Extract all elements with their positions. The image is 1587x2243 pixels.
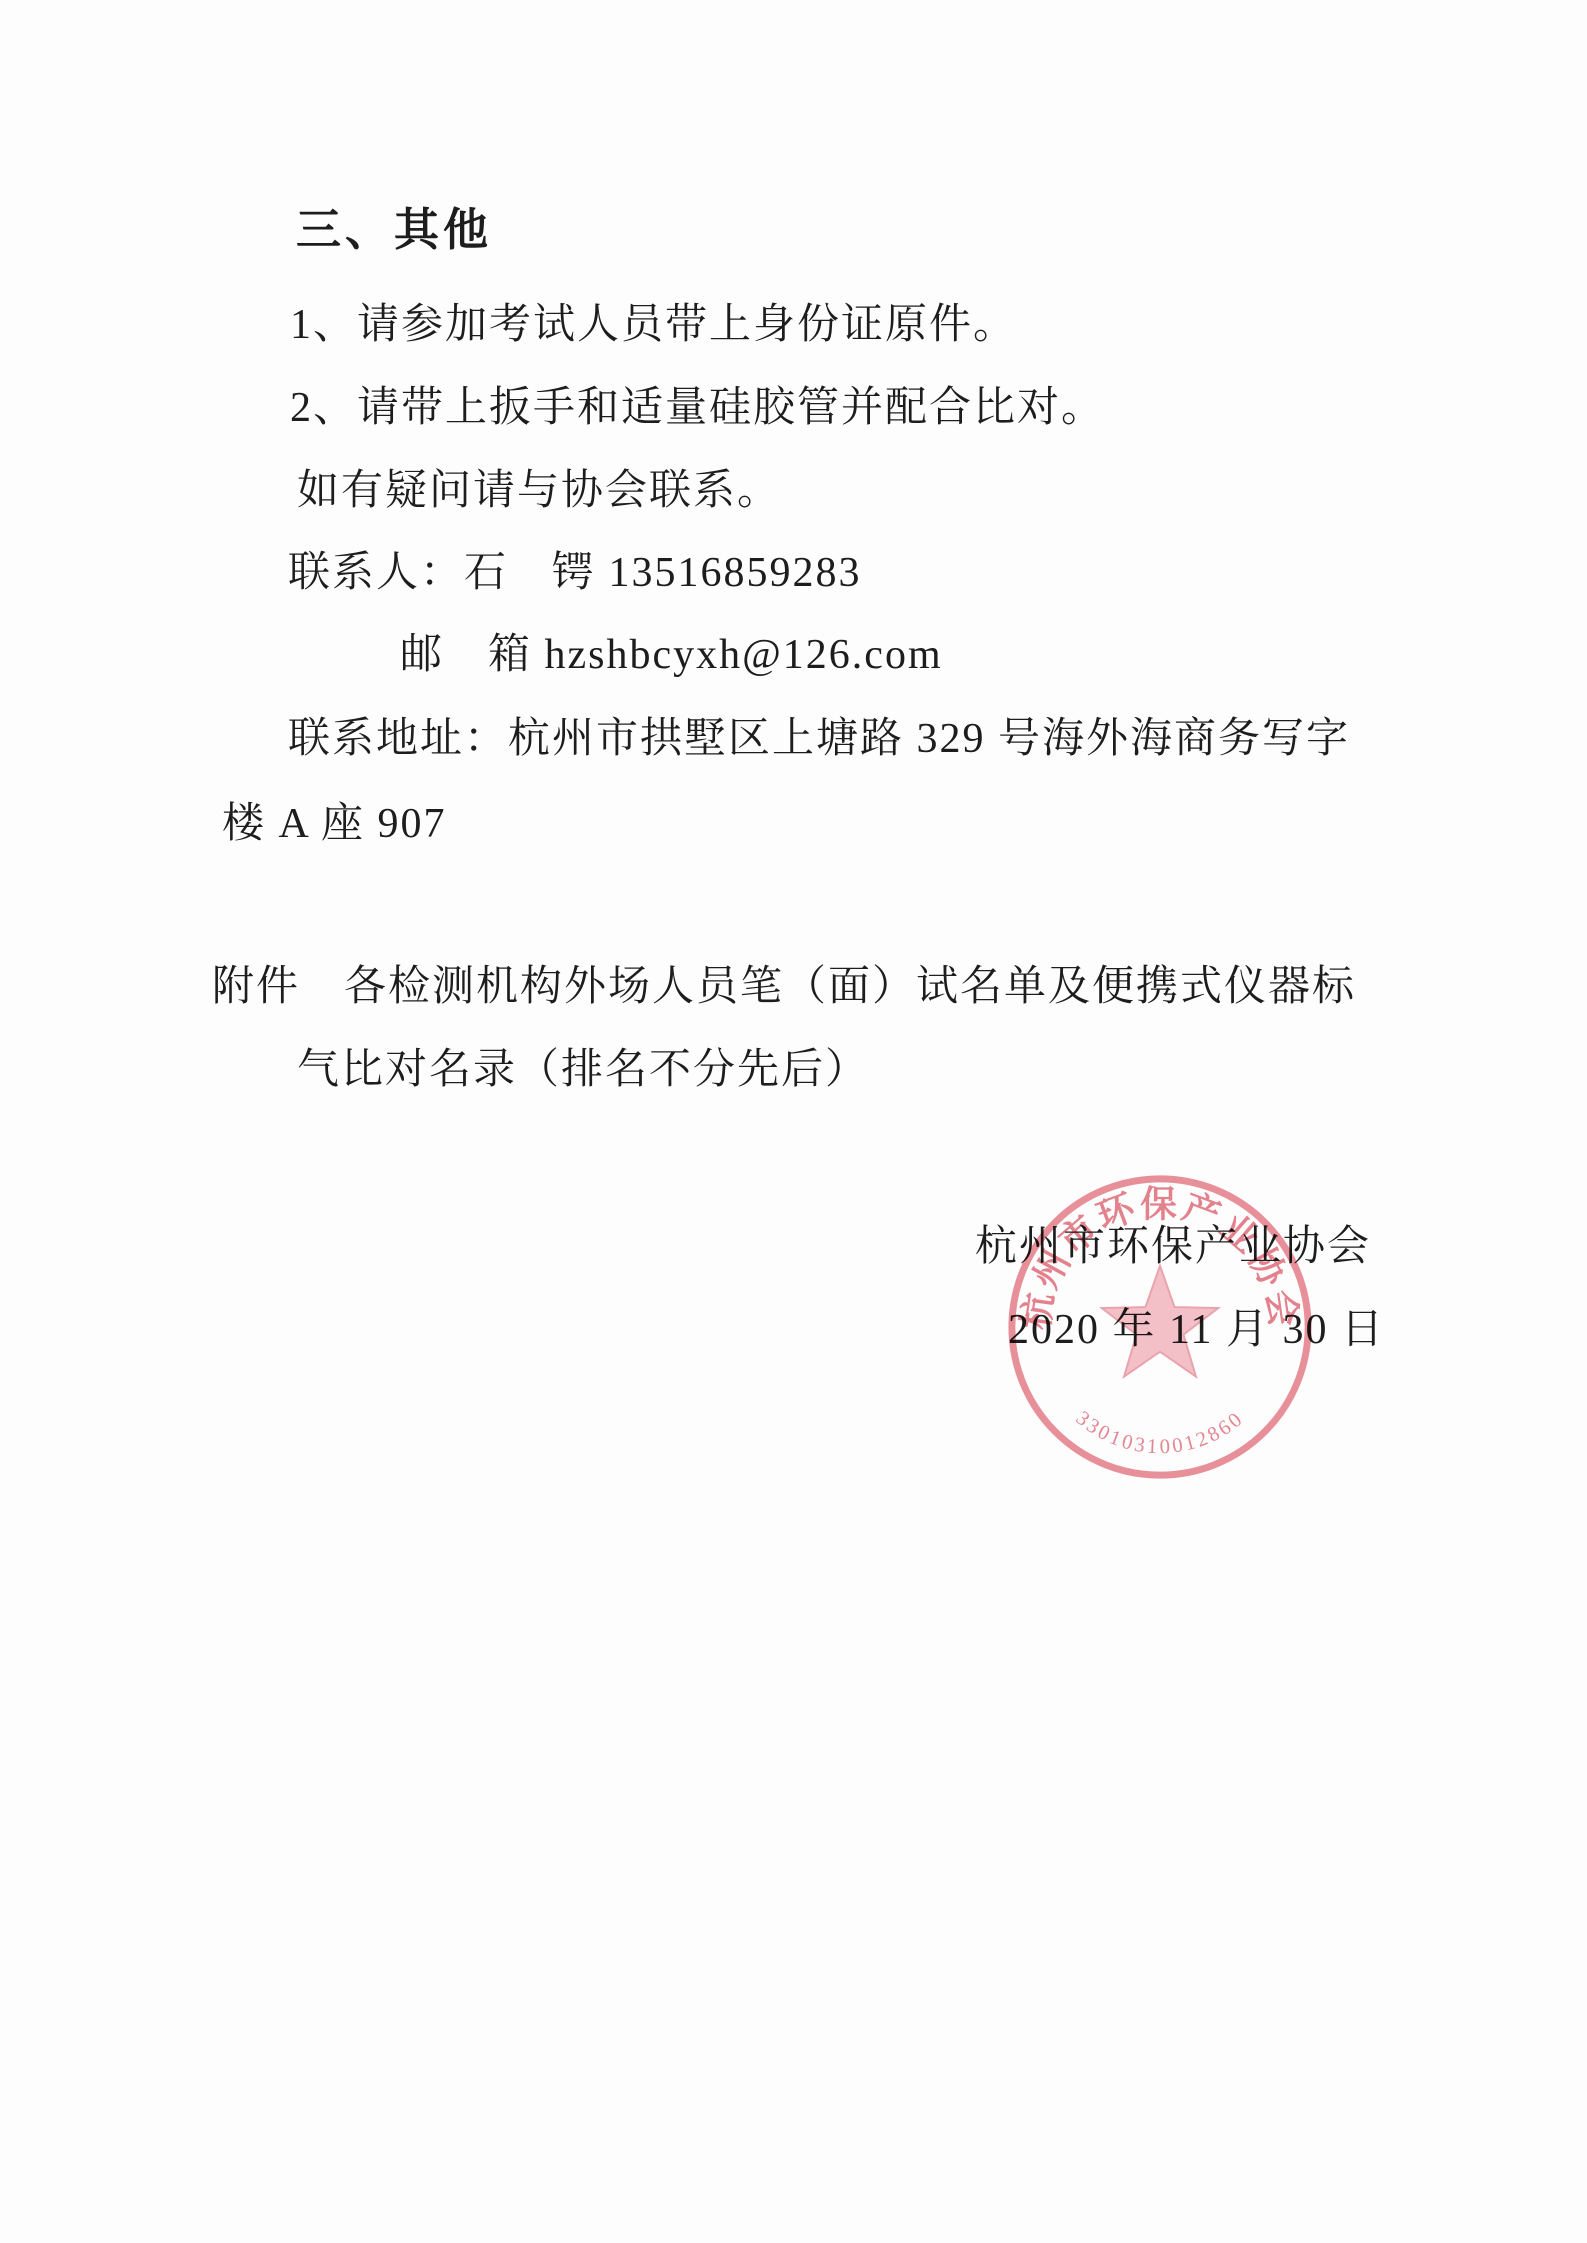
note-line: 如有疑问请与协会联系。	[297, 466, 781, 516]
official-red-seal: 杭州市环保产业协会 33010310012860	[1002, 1169, 1318, 1485]
seal-serial-number: 33010310012860	[1072, 1407, 1249, 1458]
contact-address-line-1: 联系地址：杭州市拱墅区上塘路 329 号海外海商务写字	[288, 714, 1350, 764]
scanned-document-page: 三、其他 1、请参加考试人员带上身份证原件。 2、请带上扳手和适量硅胶管并配合比…	[0, 0, 1587, 2243]
contact-address-line-2: 楼 A 座 907	[222, 799, 447, 849]
section-heading: 三、其他	[296, 203, 492, 257]
list-item-2: 2、请带上扳手和适量硅胶管并配合比对。	[290, 383, 1105, 433]
attachment-line-2: 气比对名录（排名不分先后）	[297, 1045, 869, 1095]
list-item-1: 1、请参加考试人员带上身份证原件。	[290, 300, 1017, 350]
contact-email-line: 邮 箱 hzshbcyxh@126.com	[400, 630, 943, 680]
contact-person-line: 联系人：石 锷 13516859283	[288, 548, 862, 598]
seal-star-icon	[1102, 1266, 1219, 1377]
attachment-line-1: 附件 各检测机构外场人员笔（面）试名单及便携式仪器标	[212, 962, 1356, 1012]
